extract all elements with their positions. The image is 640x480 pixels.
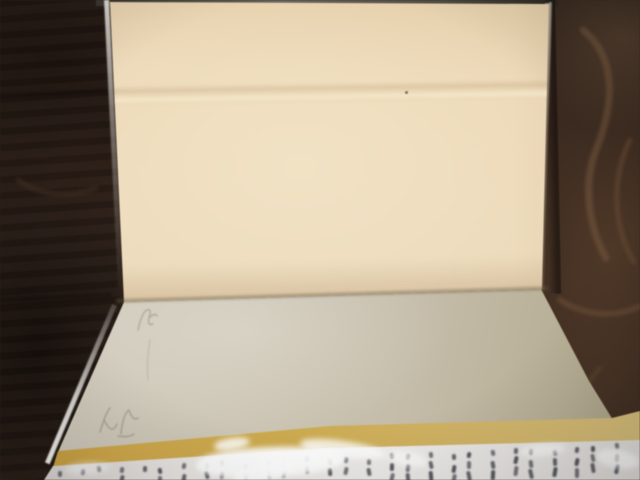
pencil-scribble-lower [100,408,138,437]
pencil-smudge [147,340,150,380]
pencil-marks [0,0,640,480]
photo-layers [0,0,640,480]
pencil-scribble-upper [138,310,157,330]
book-photo [0,0,640,480]
